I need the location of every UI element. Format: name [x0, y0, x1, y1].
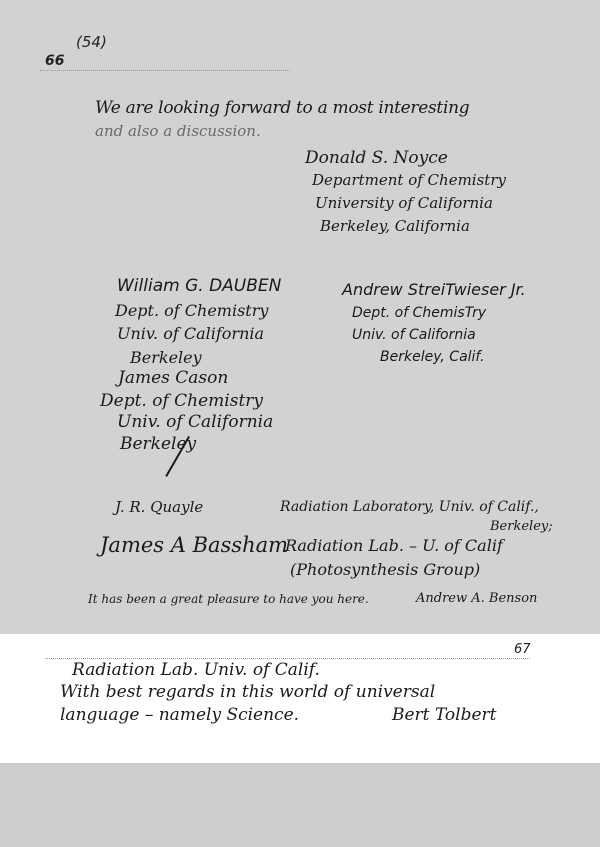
scanned-page-66: (54) 66 We are looking forward to a most…: [0, 0, 600, 634]
message-line: Radiation Lab. Univ. of Calif.: [72, 662, 320, 679]
scanned-page-67: 67 Radiation Lab. Univ. of Calif. With b…: [0, 634, 600, 763]
page-number: 66: [45, 54, 64, 68]
signature-name: James Cason: [118, 370, 228, 387]
page-number: 67: [514, 643, 531, 656]
signature-line: Univ. of California: [117, 414, 273, 431]
signature-line: Dept. of Chemistry: [100, 393, 263, 410]
signature-name: James A Bassham: [100, 535, 288, 556]
signature-name: Bert Tolbert: [392, 707, 497, 724]
signature-line: Dept. of Chemistry: [115, 303, 268, 319]
ruled-line: [40, 70, 290, 71]
signature-line: Dept. of ChemisTry: [352, 306, 486, 320]
bracket-page-number: (54): [76, 35, 107, 50]
message-line: and also a discussion.: [95, 124, 261, 139]
signature-line: Berkeley, Calif.: [380, 350, 485, 364]
signature-name: J. R. Quayle: [115, 500, 203, 515]
signature-name: Andrew StreiTwieser Jr.: [342, 282, 526, 298]
signature-line: Univ. of California: [117, 326, 264, 342]
signature-line: Department of Chemistry: [312, 173, 506, 188]
affiliation-line: Radiation Lab. – U. of Calif: [285, 538, 503, 554]
scan-margin: [0, 763, 600, 847]
signature-name: William G. DAUBEN: [117, 278, 281, 295]
signature-line: Berkeley, California: [320, 219, 470, 234]
affiliation-line: Radiation Laboratory, Univ. of Calif.,: [280, 500, 539, 514]
affiliation-line: (Photosynthesis Group): [290, 562, 480, 578]
affiliation-line: Berkeley;: [490, 520, 553, 533]
message-line: language – namely Science.: [60, 707, 299, 724]
signature-name: Andrew A. Benson: [416, 592, 537, 605]
signature-name: Donald S. Noyce: [305, 150, 448, 167]
signature-line: Berkeley: [130, 350, 202, 366]
signature-line: University of California: [315, 196, 493, 211]
message-line: It has been a great pleasure to have you…: [88, 593, 369, 605]
message-line: We are looking forward to a most interes…: [95, 100, 469, 117]
ruled-line: [45, 658, 530, 659]
signature-line: Univ. of California: [352, 328, 476, 342]
message-line: With best regards in this world of unive…: [60, 684, 435, 701]
